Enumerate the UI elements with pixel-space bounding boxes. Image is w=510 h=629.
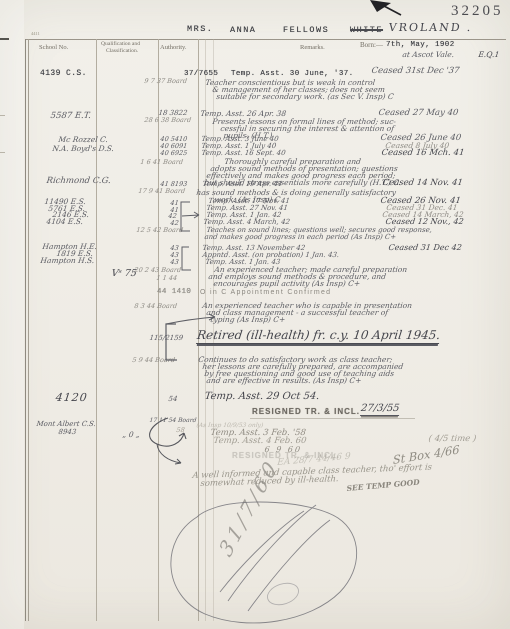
r13-school-1: Mont Albert C.S. — [36, 421, 96, 428]
r5-ceased-4: Ceased 12 Nov., 42 — [385, 218, 464, 226]
r1-school: 4139 C.S. — [40, 70, 87, 78]
r3-school-2: N.A. Boyd's D.S. — [52, 145, 114, 153]
r11-authority: 54 — [168, 396, 178, 403]
bracket-retired — [166, 324, 177, 360]
header-qualification-1: Qualification and — [101, 42, 140, 48]
curved-arrow-2 — [157, 444, 181, 464]
col-rule-2 — [158, 39, 159, 621]
r4-service: Temp. Asst. 19 Apr. 41 — [202, 181, 283, 188]
r8-remark-3: typing (As Insp) C+ — [210, 316, 286, 324]
r13-classification: „ 0 „ — [122, 431, 140, 439]
r2-board-date: 28 6 38 Board — [144, 117, 192, 124]
r4-ceased: Ceased 14 Nov. 41 — [382, 179, 463, 188]
r11-school: 4120 — [55, 392, 88, 403]
r3-service-3: Temp. Asst. 16 Sept. 40 — [201, 150, 286, 157]
r3-authority-3: 40 6925 — [160, 150, 188, 157]
r10-board-date: 5 9 44 Board — [132, 357, 175, 364]
r6-remark-3: encourages pupil activity (As Insp) C+ — [213, 280, 361, 288]
header-remarks: Remarks. — [300, 45, 325, 52]
r3-board-date: 1 6 41 Board — [140, 159, 183, 166]
r6-school-3: Hampton H.S. — [40, 257, 95, 265]
header-authority: Authority. — [160, 45, 186, 52]
born-grade: E.Q.1 — [478, 51, 500, 59]
r6-classification: Vˢ 75 — [111, 269, 137, 279]
form-number: 4411 — [31, 32, 40, 37]
margin-tick-3 — [0, 152, 5, 153]
col-rule-1 — [96, 39, 97, 621]
table-top-rule — [25, 39, 506, 40]
r4-school: Richmond C.G. — [46, 177, 111, 186]
r6-auth-5: 1 1 44 — [156, 275, 177, 282]
stamp-smudge — [250, 418, 415, 419]
r13-auth-2: 58 — [176, 427, 185, 434]
name-middle: FELLOWS — [283, 26, 329, 35]
pen-mark-icon — [370, 0, 401, 15]
r3-ceased-3: Ceased 16 Mch. 41 — [381, 149, 465, 158]
r8-board-date: 8 3 44 Board — [134, 303, 177, 310]
name-struck-surname: WHITE — [350, 26, 383, 35]
r13-time-fraction: ( 4/5 time ) — [428, 435, 477, 444]
r13-board-date: 17 11 54 Board — [149, 418, 197, 424]
r5-remark-2: and makes good progress in each period (… — [204, 234, 397, 241]
r11-service: Temp. Asst. 29 Oct 54. — [204, 392, 320, 402]
r9-retired-line: Retired (ill-health) fr. c.y. 10 April 1… — [196, 329, 441, 344]
r6-ceased-1: Ceased 31 Dec 42 — [388, 244, 462, 252]
margin-tick-2 — [0, 115, 5, 116]
left-rule-outer — [25, 39, 26, 621]
margin-tick-1 — [0, 38, 9, 40]
header-qualification-2: Classification. — [106, 49, 138, 55]
card-number: 32205 — [451, 4, 504, 19]
r9-authority: 115/2159 — [149, 335, 183, 342]
record-card-scan: 32205 MRS. ANNA FELLOWS WHITE VROLAND . … — [0, 0, 510, 629]
born-label: Born:— — [360, 42, 383, 49]
r3-school-1: Mc Rozzel C. — [58, 136, 108, 144]
r12-resigned-stamp: RESIGNED TR. & INCL. — [252, 408, 360, 416]
r5-board-date: 12 5 42 Board — [136, 227, 184, 234]
r1-remark-3: suitable for secondary work. (as Sec V. … — [216, 93, 394, 101]
r4-board-date: 17 9 41 Board — [138, 188, 186, 195]
name-prefix: MRS. — [187, 25, 213, 34]
header-school-no: School No. — [39, 45, 68, 52]
r1-board-date: 9 7 37 Board — [144, 78, 187, 85]
r2-school: 5587 E.T. — [50, 112, 91, 121]
r5-school-4: 4104 E.S. — [46, 218, 84, 226]
r13-school-2: 8943 — [58, 429, 77, 436]
r7-confirm-stamp: O in C Appointment Confirmed — [200, 289, 331, 296]
left-rule-inner — [28, 39, 29, 621]
r6-board-date: 20 2 43 Board — [134, 267, 182, 274]
bracket-hampton-group — [182, 247, 191, 270]
r1-ceased: Ceased 31st Dec '37 — [371, 67, 460, 76]
r14-see-temp-good: SEE TEMP GOOD — [346, 479, 420, 493]
born-date: 7th, May, 1902 — [386, 42, 455, 50]
r7-authority: 44 1410 — [157, 289, 191, 297]
r10-remark-4: and are effective in results. (As Insp) … — [206, 377, 362, 385]
r12-resigned-date: 27/3/55 — [360, 404, 400, 416]
born-place: at Ascot Vale. — [402, 51, 455, 59]
name-surname: VROLAND . — [388, 22, 473, 33]
name-first: ANNA — [230, 26, 256, 35]
r6-auth-3: 43 — [170, 259, 179, 266]
margin-band — [0, 0, 24, 629]
r5-service-4: Temp. Asst. 4 March, 42 — [203, 219, 290, 226]
arrow-42 — [182, 212, 199, 218]
